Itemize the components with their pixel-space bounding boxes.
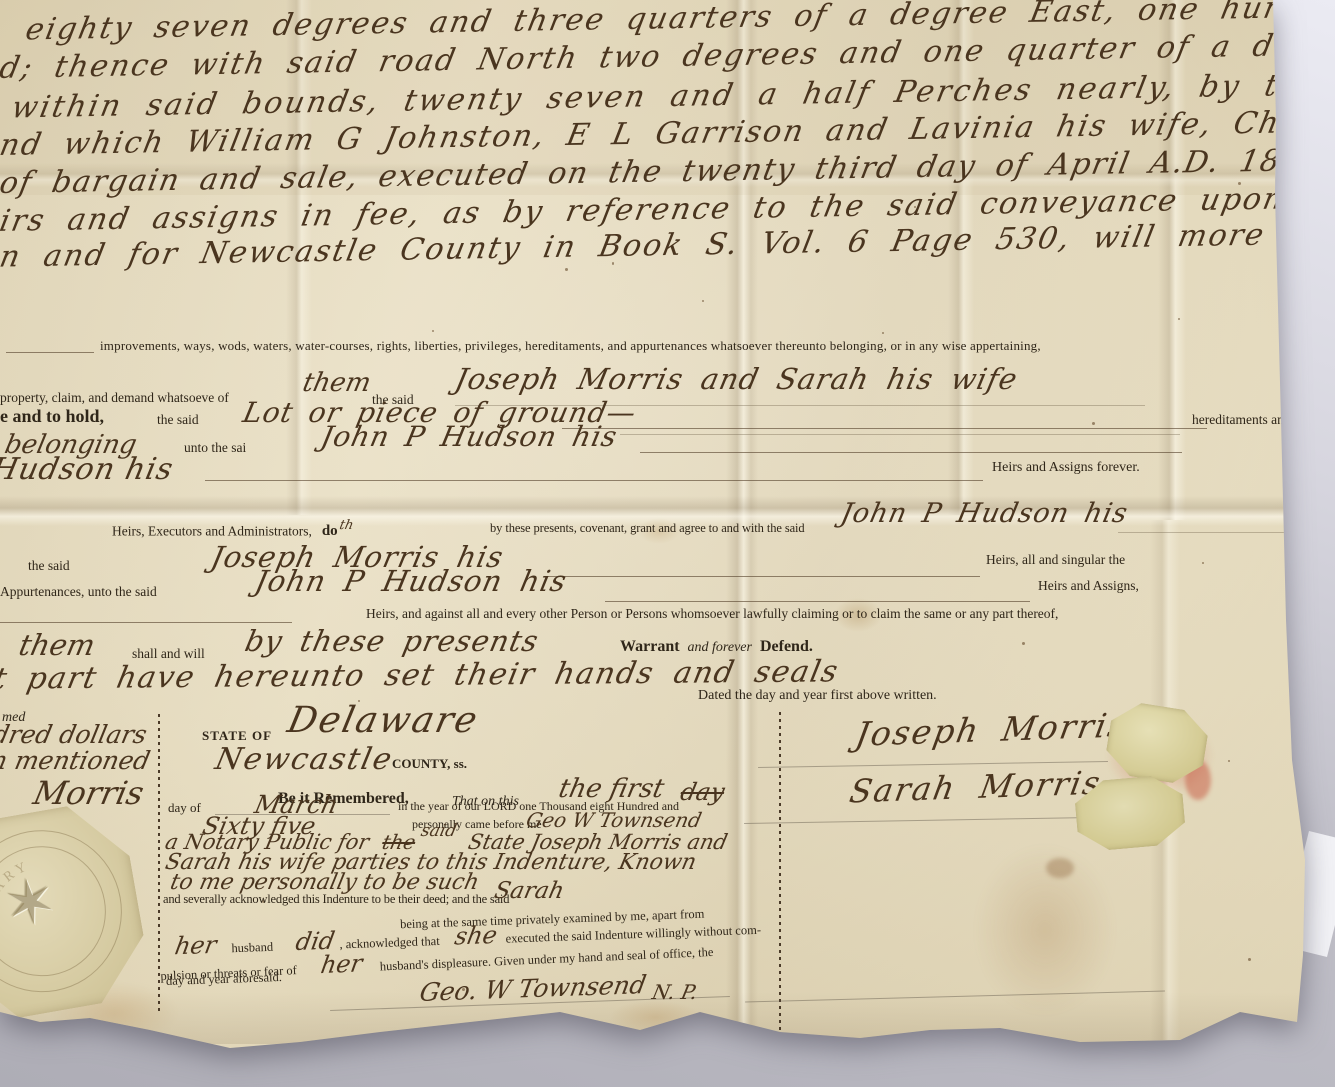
notary-signature-line-extension (745, 991, 1165, 1003)
fill-in-rule (548, 576, 980, 577)
appurtenances-clause: improvements, ways, wods, waters, water-… (100, 338, 1041, 354)
unto-the-said-label: unto the sai (184, 440, 246, 456)
stain-bottom-center (610, 1000, 700, 1034)
fill-in-rule (205, 480, 983, 481)
hand-hudson-fragment: Hudson his (0, 452, 177, 487)
hand-state-name: Delaware (284, 700, 483, 741)
foxing-speck (1022, 642, 1025, 645)
foxing-speck (1202, 562, 1204, 564)
foxing-speck (565, 268, 568, 271)
hereditaments-label: hereditaments and (1192, 412, 1291, 428)
hand-by-these-presents: by these presents (242, 624, 542, 658)
foxing-speck (1248, 958, 1251, 961)
notary-block-right-border (779, 712, 781, 1042)
fill-in-rule (640, 452, 1182, 453)
hand-th-superscript: th (338, 518, 355, 533)
hand-grantee-name: John P Hudson his (318, 420, 621, 453)
margin-fragment: n mentioned (0, 746, 153, 775)
deed-paper: eighty seven degrees and three quarters … (0, 0, 1335, 1087)
foxing-speck (1228, 760, 1230, 762)
foxing-speck (432, 330, 434, 332)
heirs-assigns-label: Heirs and Assigns, (1038, 578, 1139, 594)
hand-grantors: Joseph Morris and Sarah his wife (452, 362, 1021, 396)
executors-row: Heirs, Executors and Administrators, dot… (112, 518, 351, 540)
executors-label: Heirs, Executors and Administrators, (112, 523, 312, 538)
brown-stain-right (975, 845, 1115, 1015)
fill-in-rule (0, 622, 292, 623)
hand-struck-day: day (678, 778, 727, 806)
fill-in-rule (1118, 532, 1298, 533)
hand-np-label: N. P. (650, 980, 700, 1004)
warrant-label: Warrant (620, 638, 680, 655)
foxing-speck (882, 332, 884, 334)
to-hold-label: e and to hold, (0, 406, 104, 427)
hand-notary-name: Geo W Townsend (524, 808, 704, 832)
defend-label: Defend. (760, 638, 813, 655)
brown-spot (1046, 858, 1074, 878)
claim-clause: Heirs, and against all and every other P… (366, 606, 1058, 622)
displeasure-clause: husband's displeasure. Given under my ha… (379, 945, 713, 974)
hand-grantee-name: John P Hudson his (252, 564, 570, 598)
fill-in-rule (620, 434, 1180, 435)
hand-grantee-name: John P Hudson his (838, 498, 1131, 529)
hand-inserted-said: said (419, 821, 458, 841)
aforesaid-label: day and year aforesaid. (166, 970, 282, 989)
presents-clause: by these presents, covenant, grant and a… (490, 521, 805, 536)
fill-in-rule (6, 352, 94, 353)
county-ss-label: COUNTY, ss. (392, 756, 467, 772)
hand-notary-signature: Geo. W Townsend (417, 970, 648, 1007)
day-of-label: day of (168, 800, 201, 816)
foxing-speck (702, 300, 704, 302)
hand-them: them (16, 628, 98, 662)
fill-in-rule (562, 428, 1207, 429)
the-said-label: the said (157, 412, 199, 428)
demand-prefix: property, claim, and demand whatsoeve of (0, 390, 229, 406)
fill-in-rule (605, 601, 1030, 602)
hand-sarah: Sarah (492, 878, 567, 904)
signature-sarah-morris: Sarah Morris (847, 763, 1105, 810)
deed-document: eighty seven degrees and three quarters … (0, 0, 1335, 1087)
the-said-label: the said (28, 558, 70, 574)
photo-stage: eighty seven degrees and three quarters … (0, 0, 1335, 1087)
acknowledged-clause: and severally acknowledged this Indentur… (163, 892, 509, 907)
foxing-speck (1178, 318, 1180, 320)
warrant-defend-row: Warrant and forever Defend. (620, 638, 813, 656)
heirs-forever-label: Heirs and Assigns forever. (992, 460, 1140, 476)
margin-fragment: Morris (30, 774, 147, 812)
hand-her: her (319, 949, 365, 979)
dated-clause: Dated the day and year first above writt… (698, 688, 937, 704)
heirs-singular-label: Heirs, all and singular the (986, 552, 1125, 568)
margin-fragment: dred dollars (0, 720, 150, 749)
foxing-speck (1092, 422, 1095, 425)
hand-them: them (300, 368, 374, 398)
notary-embossed-seal: NOTARY ✶ (0, 797, 154, 1027)
signature-joseph-morris: Joseph Morris (853, 705, 1131, 754)
hand-county-name: Newcastle (212, 742, 397, 777)
signature-line (744, 817, 1092, 824)
and-forever-label: and forever (688, 640, 752, 655)
do-bold: do (322, 523, 338, 539)
appurtenances-unto-label: Appurtenances, unto the said (0, 584, 157, 600)
